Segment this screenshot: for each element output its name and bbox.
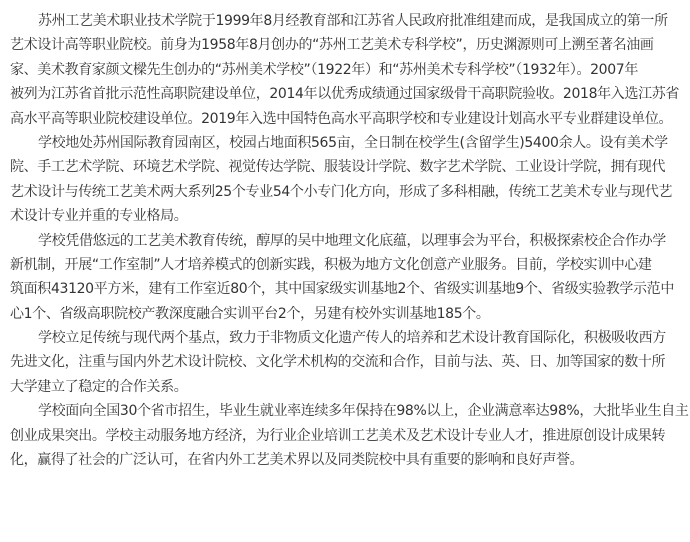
- text-line: 学校面向全国30个省市招生，毕业生就业率连续多年保持在98%以上，企业满意率达9…: [10, 399, 690, 423]
- text-line: 术设计专业并重的专业格局。: [10, 204, 690, 228]
- text-line: 心1个、省级高职院校产教深度融合实训平台2个，另建有校外实训基地185个。: [10, 302, 690, 326]
- text-line: 化，赢得了社会的广泛认可，在省内外工艺美术界以及同类院校中具有重要的影响和良好声…: [10, 448, 690, 472]
- text-line: 院、手工艺术学院、环境艺术学院、视觉传达学院、服装设计学院、数字艺术学院、工业设…: [10, 155, 690, 179]
- text-line: 艺术设计高等职业院校。前身为1958年8月创办的“苏州工艺美术专科学校”，历史渊…: [10, 33, 690, 57]
- text-line: 大学建立了稳定的合作关系。: [10, 375, 690, 399]
- text-line: 筑面积43120平方米，建有工作室近80个，其中国家级实训基地2个、省级实训基地…: [10, 277, 690, 301]
- text-line: 学校凭借悠远的工艺美术教育传统，醇厚的吴中地理文化底蕴，以理事会为平台，积极探索…: [10, 229, 690, 253]
- text-line: 先进文化，注重与国内外艺术设计院校、文化学术机构的交流和合作，目前与法、英、日、…: [10, 350, 690, 374]
- text-line: 学校立足传统与现代两个基点，致力于非物质文化遗产传人的培养和艺术设计教育国际化，…: [10, 326, 690, 350]
- paragraph-history: 苏州工艺美术职业技术学院于1999年8月经教育部和江苏省人民政府批准组建而成，是…: [10, 9, 690, 131]
- paragraph-employment: 学校面向全国30个省市招生，毕业生就业率连续多年保持在98%以上，企业满意率达9…: [10, 399, 690, 472]
- text-line: 学校地处苏州国际教育园南区，校园占地面积565亩，全日制在校学生(含留学生)54…: [10, 131, 690, 155]
- text-line: 艺术设计与传统工艺美术两大系列25个专业54个小专门化方向，形成了多科相融，传统…: [10, 180, 690, 204]
- paragraph-campus: 学校地处苏州国际教育园南区，校园占地面积565亩，全日制在校学生(含留学生)54…: [10, 131, 690, 229]
- document-body: 苏州工艺美术职业技术学院于1999年8月经教育部和江苏省人民政府批准组建而成，是…: [0, 0, 690, 542]
- text-line: 创业成果突出。学校主动服务地方经济，为行业企业培训工艺美术及艺术设计专业人才，推…: [10, 424, 690, 448]
- text-line: 新机制，开展“工作室制”人才培养模式的创新实践，积极为地方文化创意产业服务。目前…: [10, 253, 690, 277]
- text-line: 家、美术教育家颜文樑先生创办的“苏州美术学校”（1922年）和“苏州美术专科学校…: [10, 58, 690, 82]
- paragraph-international: 学校立足传统与现代两个基点，致力于非物质文化遗产传人的培养和艺术设计教育国际化，…: [10, 326, 690, 399]
- paragraph-training: 学校凭借悠远的工艺美术教育传统，醇厚的吴中地理文化底蕴，以理事会为平台，积极探索…: [10, 229, 690, 327]
- text-line: 被列为江苏省首批示范性高职院建设单位，2014年以优秀成绩通过国家级骨干高职院验…: [10, 82, 690, 106]
- text-line: 苏州工艺美术职业技术学院于1999年8月经教育部和江苏省人民政府批准组建而成，是…: [10, 9, 690, 33]
- text-line: 高水平高等职业院校建设单位。2019年入选中国特色高水平高职学校和专业建设计划高…: [10, 107, 690, 131]
